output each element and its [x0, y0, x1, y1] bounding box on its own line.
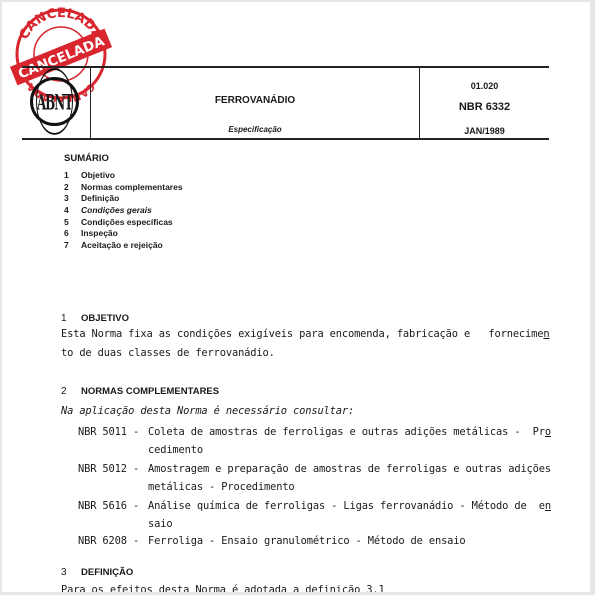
reference-title: Coleta de amostras de ferroligas e outra… [148, 426, 551, 438]
section-number: 2 [61, 386, 81, 397]
summary-item-number: 5 [64, 217, 81, 229]
reference-code: NBR 5616 - [78, 500, 139, 512]
summary-item: 1Objetivo [64, 170, 183, 182]
reference-code: NBR 5011 - [78, 426, 139, 438]
section-heading-objetivo: 1OBJETIVO [61, 313, 129, 324]
summary-item: 7Aceitação e rejeição [64, 240, 183, 252]
summary-list: 1Objetivo 2Normas complementares 3Defini… [64, 170, 183, 252]
summary-item-label: Objetivo [81, 170, 115, 180]
summary-item-number: 1 [64, 170, 81, 182]
section-title: DEFINIÇÃO [81, 567, 133, 578]
reference-code: NBR 6208 - [78, 535, 139, 547]
summary-item-number: 2 [64, 182, 81, 194]
summary-item-label: Inspeção [81, 228, 118, 238]
logo-cell: ABNT [22, 68, 90, 138]
title-cell: FERROVANÁDIO Especificação [90, 68, 420, 138]
summary-item-label: Condições gerais [81, 205, 152, 215]
summary-item: 5Condições específicas [64, 217, 183, 229]
code-cell: 01.020 NBR 6332 JAN/1989 [420, 68, 549, 138]
text-span: o [545, 426, 551, 438]
text-span: n [543, 328, 549, 340]
summary-item: 6Inspeção [64, 228, 183, 240]
reference-title-cont: metálicas - Procedimento [148, 481, 295, 493]
reference-title: Análise química de ferroligas - Ligas fe… [148, 500, 551, 512]
reference-code: NBR 5012 - [78, 463, 139, 475]
body-text-line: to de duas classes de ferrovanádio. [61, 347, 275, 359]
body-text-line: Para os efeitos desta Norma é adotada a … [61, 584, 385, 592]
reference-title: Ferroliga - Ensaio granulométrico - Méto… [148, 535, 466, 547]
section-heading-normas: 2NORMAS COMPLEMENTARES [61, 386, 219, 397]
text-span: n [545, 500, 551, 512]
reference-title-cont: saio [148, 518, 172, 530]
summary-item: 4Condições gerais [64, 205, 183, 217]
summary-item-number: 7 [64, 240, 81, 252]
summary-title: SUMÁRIO [64, 153, 109, 164]
section-number: 1 [61, 313, 81, 324]
summary-item: 2Normas complementares [64, 182, 183, 194]
summary-item-label: Aceitação e rejeição [81, 240, 163, 250]
summary-item-label: Normas complementares [81, 182, 183, 192]
standard-number: NBR 6332 [420, 101, 549, 113]
summary-item-label: Condições específicas [81, 217, 173, 227]
section-title: NORMAS COMPLEMENTARES [81, 386, 219, 397]
summary-item-label: Definição [81, 193, 119, 203]
document-page: CANCELADA CANCELADA CANCELADA ABNT FERRO… [2, 2, 590, 592]
text-span: Análise química de ferroligas - Ligas fe… [148, 500, 545, 512]
classification-code: 01.020 [420, 81, 549, 91]
section-heading-definicao: 3DEFINIÇÃO [61, 567, 133, 578]
abnt-logo-icon: ABNT [30, 77, 79, 126]
summary-item-number: 3 [64, 193, 81, 205]
document-subtitle: Especificação [91, 125, 419, 134]
document-date: JAN/1989 [420, 126, 549, 136]
summary-item: 3Definição [64, 193, 183, 205]
text-span: Coleta de amostras de ferroligas e outra… [148, 426, 545, 438]
text-span: Esta Norma fixa as condições exigíveis p… [61, 328, 543, 340]
document-header: ABNT FERROVANÁDIO Especificação 01.020 N… [22, 66, 549, 140]
section-number: 3 [61, 567, 81, 578]
summary-item-number: 6 [64, 228, 81, 240]
section-title: OBJETIVO [81, 313, 129, 324]
logo-text: ABNT [36, 68, 73, 135]
body-text-line: Esta Norma fixa as condições exigíveis p… [61, 328, 549, 340]
summary-item-number: 4 [64, 205, 81, 217]
reference-title: Amostragem e preparação de amostras de f… [148, 463, 551, 475]
document-title: FERROVANÁDIO [91, 95, 419, 106]
reference-title-cont: cedimento [148, 444, 203, 456]
body-text-line: Na aplicação desta Norma é necessário co… [61, 405, 354, 417]
